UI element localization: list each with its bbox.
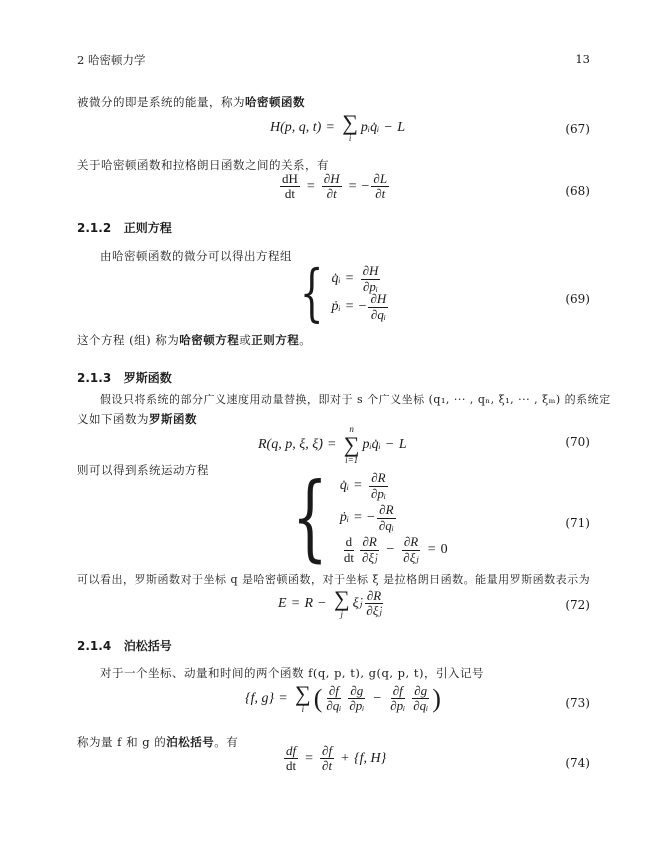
paragraph: 称为量 f 和 g 的泊松括号。有 — [77, 734, 238, 750]
math: L — [399, 437, 407, 453]
math: dt — [283, 187, 297, 201]
paragraph: 假设只将系统的部分广义速度用动量替换，即对于 s 个广义坐标 (q₁, ··· … — [100, 391, 611, 407]
math: q̇ᵢ — [340, 478, 349, 494]
fraction: ddt — [342, 535, 356, 565]
section-title: 正则方程 — [124, 221, 172, 235]
math: = — [292, 596, 300, 612]
math: − — [386, 437, 394, 453]
math: ∂g — [412, 684, 429, 699]
math: ∂R — [365, 589, 383, 604]
sum-symbol: n∑i=1 — [344, 425, 360, 465]
text: 或 — [239, 333, 251, 347]
math: ∂ξ̇ⱼ — [360, 551, 379, 565]
math: ∂ξⱼ — [401, 551, 420, 565]
fraction: ∂f∂qᵢ — [324, 684, 343, 714]
math: = — [354, 478, 362, 494]
sigma-icon: ∑ — [344, 434, 360, 456]
math: ∂t — [325, 187, 339, 201]
math: − — [386, 542, 394, 558]
math: ∂L — [371, 172, 389, 187]
math: df — [284, 744, 298, 759]
math: ξ̇ⱼ — [353, 595, 363, 612]
math: − — [384, 120, 392, 136]
fraction: dHdt — [280, 172, 300, 202]
case-row: q̇ᵢ=∂R∂pᵢ — [340, 470, 448, 502]
term-poisson-bracket: 泊松括号 — [166, 735, 214, 749]
math: pᵢq̇ᵢ — [361, 120, 379, 136]
math: H(p, q, t) — [270, 120, 321, 136]
math: i — [302, 705, 305, 714]
math: = — [349, 179, 357, 195]
math: pᵢq̇ᵢ — [362, 437, 380, 453]
math: i=1 — [345, 456, 358, 465]
math: ∂H — [322, 172, 342, 187]
equation-number: (74) — [565, 756, 590, 770]
paragraph: 对于一个坐标、动量和时间的两个函数 f(q, p, t), g(q, p, t)… — [100, 665, 484, 681]
math: dt — [284, 759, 298, 773]
math: ) — [432, 684, 441, 714]
math: ∂qᵢ — [411, 699, 430, 713]
text: 。有 — [214, 735, 238, 749]
equation-number: (71) — [565, 516, 590, 530]
math: d — [344, 535, 355, 550]
math: ∂H — [361, 264, 381, 279]
case-row: q̇ᵢ=∂H∂pᵢ — [331, 265, 390, 293]
fraction: ∂g∂pᵢ — [347, 684, 366, 714]
math: ∂pᵢ — [388, 699, 407, 713]
fraction: ∂H∂qᵢ — [368, 292, 388, 322]
math: q̇ᵢ — [331, 271, 340, 287]
section-title: 罗斯函数 — [124, 371, 172, 385]
equation-number: (73) — [565, 696, 590, 710]
math: E — [278, 596, 287, 612]
case-row: ṗᵢ=−∂H∂qᵢ — [331, 293, 390, 321]
math: − — [359, 299, 367, 315]
equation-number: (72) — [565, 598, 590, 612]
fraction: ∂f∂pᵢ — [388, 684, 407, 714]
math: = — [307, 179, 315, 195]
equation-cases: q̇ᵢ=∂R∂pᵢ ṗᵢ=−∂R∂qᵢ ddt∂R∂ξ̇ⱼ−∂R∂ξⱼ=0 — [340, 470, 448, 566]
sigma-icon: ∑ — [295, 683, 311, 705]
sigma-icon: ∑ — [342, 112, 358, 134]
sigma-icon: ∑ — [334, 588, 350, 610]
math: ∂pᵢ — [369, 487, 388, 501]
paragraph: 可以看出，罗斯函数对于坐标 q 是哈密顿函数，对于坐标 ξ 是拉格朗日函数。能量… — [77, 571, 590, 587]
term-canonical-equations: 正则方程 — [251, 333, 299, 347]
section-title: 泊松括号 — [124, 639, 172, 653]
math: ∂H — [368, 292, 388, 307]
equation-73: {f, g} = ∑i ( ∂f∂qᵢ ∂g∂pᵢ − ∂f∂pᵢ ∂g∂qᵢ … — [245, 683, 441, 714]
math: = — [346, 299, 354, 315]
fraction: ∂R∂ξⱼ — [401, 535, 420, 565]
fraction: ∂H∂t — [322, 172, 342, 202]
fraction: ∂R∂qᵢ — [377, 503, 396, 533]
sum-symbol: ∑j — [334, 588, 350, 619]
math: − — [362, 179, 370, 195]
term-routhian: 罗斯函数 — [149, 412, 197, 426]
math: ∂qᵢ — [324, 699, 343, 713]
equation-69: { q̇ᵢ=∂H∂pᵢ ṗᵢ=−∂H∂qᵢ — [292, 262, 390, 324]
fraction: ∂H∂pᵢ — [361, 264, 381, 294]
term-hamilton-equations: 哈密顿方程 — [179, 333, 239, 347]
math: ∂qᵢ — [377, 519, 396, 533]
sum-symbol: ∑i — [342, 112, 358, 143]
math: ∂R — [402, 535, 420, 550]
section-number: 2.1.2 — [77, 221, 111, 235]
equation-number: (67) — [565, 122, 590, 136]
equation-70: R(q, p, ξ, ξ̇) = n∑i=1 pᵢq̇ᵢ − L — [258, 425, 407, 465]
fraction: dfdt — [284, 744, 298, 774]
math: ∂f — [391, 684, 405, 699]
math: R — [304, 596, 313, 612]
text: 被微分的即是系统的能量，称为 — [77, 95, 245, 109]
math: + — [341, 751, 349, 767]
math: − — [373, 691, 381, 707]
section-heading: 2.1.4 泊松括号 — [77, 637, 172, 654]
math: ∂R — [360, 535, 378, 550]
math: − — [318, 596, 326, 612]
fraction: ∂R∂pᵢ — [369, 471, 388, 501]
math: ∂t — [373, 187, 387, 201]
page-number: 13 — [575, 52, 590, 66]
case-row: ṗᵢ=−∂R∂qᵢ — [340, 502, 448, 534]
math: i — [349, 134, 352, 143]
brace-icon: { — [300, 262, 324, 324]
math: dH — [280, 172, 300, 187]
math: ṗᵢ — [340, 510, 349, 526]
fraction: ∂R∂ξ̇ⱼ — [364, 589, 383, 619]
math: 0 — [441, 542, 448, 558]
text: 义如下函数为 — [77, 412, 149, 426]
math: = — [328, 437, 336, 453]
math: ∂f — [327, 684, 341, 699]
text: 这个方程 (组) 称为 — [77, 333, 179, 347]
equation-number: (70) — [565, 435, 590, 449]
math: L — [397, 120, 405, 136]
text: 。 — [299, 333, 311, 347]
math: ∂qᵢ — [369, 308, 388, 322]
term-hamiltonian: 哈密顿函数 — [245, 95, 305, 109]
section-heading: 2.1.3 罗斯函数 — [77, 369, 172, 386]
math: ∂t — [320, 759, 334, 773]
math: ∂ξ̇ⱼ — [364, 604, 383, 618]
math: = — [346, 271, 354, 287]
paragraph: 由哈密顿函数的微分可以得出方程组 — [100, 248, 292, 264]
running-header-chapter: 2 哈密顿力学 — [77, 52, 145, 68]
equation-72: E = R − ∑j ξ̇ⱼ ∂R∂ξ̇ⱼ — [278, 588, 386, 619]
math: = — [279, 691, 287, 707]
fraction: ∂R∂ξ̇ⱼ — [360, 535, 379, 565]
paragraph: 这个方程 (组) 称为哈密顿方程或正则方程。 — [77, 332, 311, 348]
fraction: ∂f∂t — [320, 744, 334, 774]
paragraph: 被微分的即是系统的能量，称为哈密顿函数 — [77, 94, 305, 110]
equation-74: dfdt = ∂f∂t + {f, H} — [282, 744, 386, 774]
math: ∂g — [348, 684, 365, 699]
case-row: ddt∂R∂ξ̇ⱼ−∂R∂ξⱼ=0 — [340, 534, 448, 566]
math: = — [354, 510, 362, 526]
brace-icon: { — [292, 471, 328, 565]
paragraph: 义如下函数为罗斯函数 — [77, 411, 197, 427]
math: R(q, p, ξ, ξ̇) — [258, 437, 323, 453]
math: {f, g} — [245, 691, 274, 707]
equation-number: (69) — [565, 292, 590, 306]
sum-symbol: ∑i — [295, 683, 311, 714]
math: − — [367, 510, 375, 526]
math: = — [305, 751, 313, 767]
math: ∂R — [377, 503, 395, 518]
section-heading: 2.1.2 正则方程 — [77, 219, 172, 236]
equation-68: dHdt = ∂H∂t = − ∂L∂t — [278, 172, 391, 202]
paragraph: 则可以得到系统运动方程 — [77, 462, 209, 478]
equation-67: H(p, q, t) = ∑i pᵢq̇ᵢ − L — [270, 112, 405, 143]
equation-71: { q̇ᵢ=∂R∂pᵢ ṗᵢ=−∂R∂qᵢ ddt∂R∂ξ̇ⱼ−∂R∂ξⱼ=0 — [280, 470, 448, 566]
equation-number: (68) — [565, 184, 590, 198]
math: j — [341, 610, 344, 619]
math: = — [326, 120, 334, 136]
fraction: ∂g∂qᵢ — [411, 684, 430, 714]
section-number: 2.1.3 — [77, 371, 111, 385]
section-number: 2.1.4 — [77, 639, 111, 653]
math: ∂R — [369, 471, 387, 486]
math: ∂pᵢ — [347, 699, 366, 713]
equation-cases: q̇ᵢ=∂H∂pᵢ ṗᵢ=−∂H∂qᵢ — [331, 265, 390, 321]
math: ( — [314, 684, 323, 714]
math: dt — [342, 551, 356, 565]
text: 称为量 f 和 g 的 — [77, 735, 166, 749]
math: ṗᵢ — [331, 299, 340, 315]
fraction: ∂L∂t — [371, 172, 389, 202]
math: = — [428, 542, 436, 558]
math: {f, H} — [354, 751, 386, 767]
math: ∂f — [320, 744, 334, 759]
